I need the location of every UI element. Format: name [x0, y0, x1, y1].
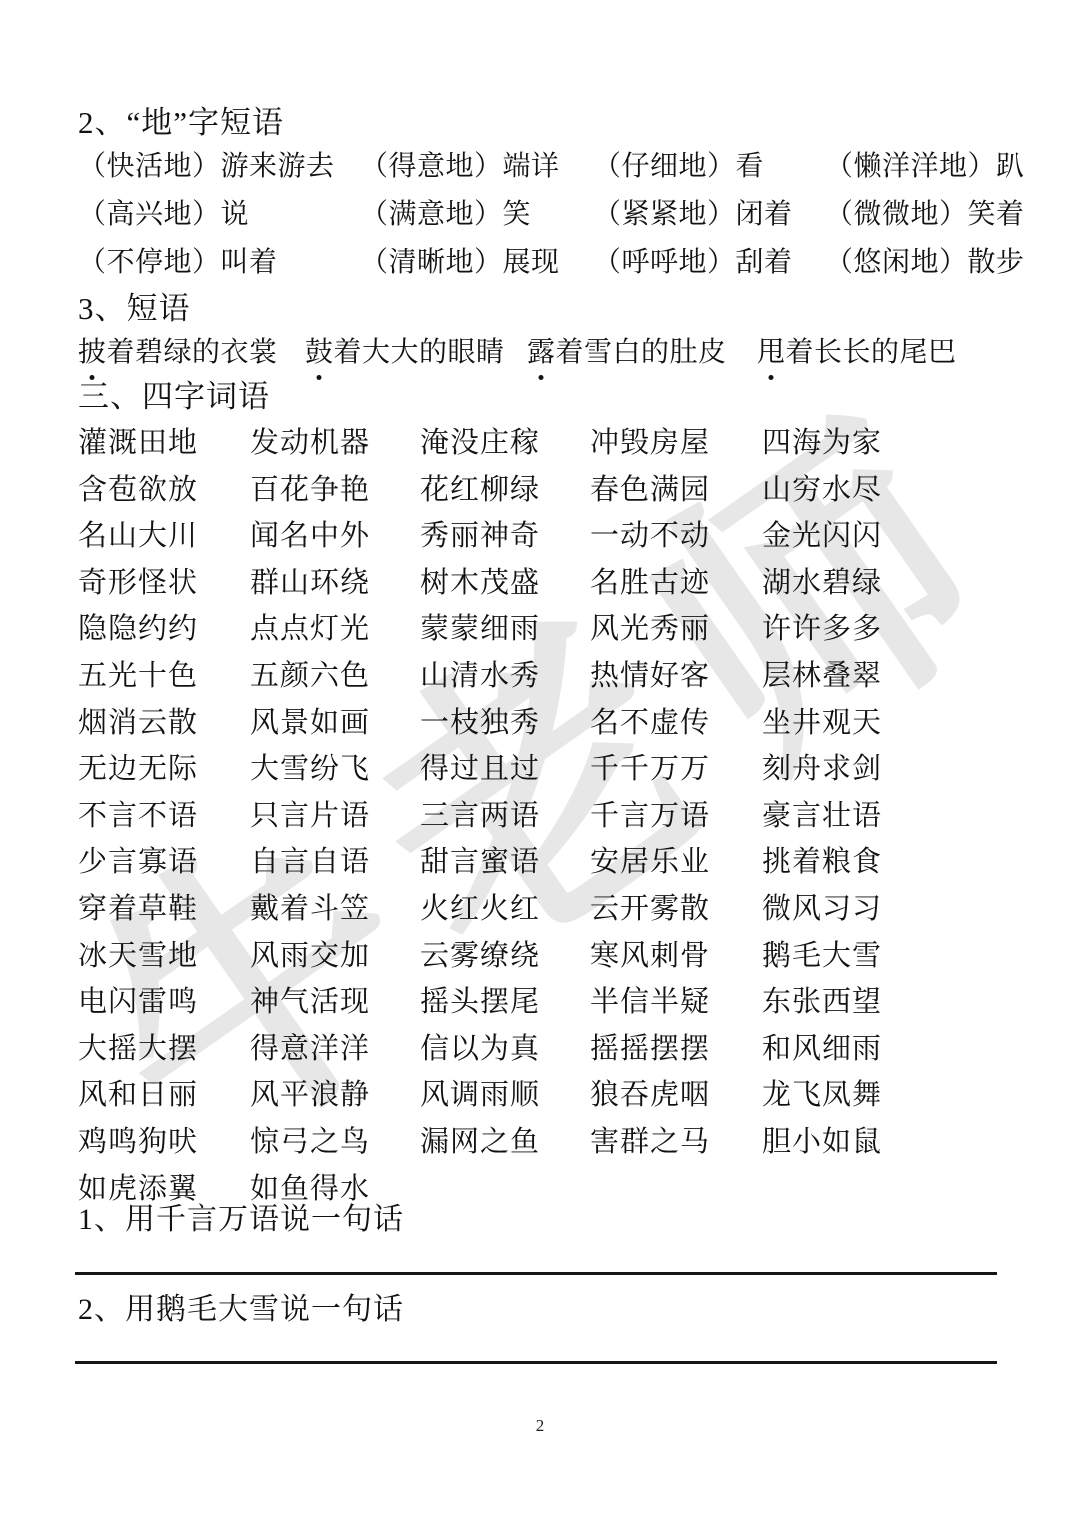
word-cell: 风景如画: [250, 708, 370, 740]
word-cell: 层林叠翠: [762, 661, 882, 693]
word-cell: 金光闪闪: [762, 521, 882, 553]
section-fourchar-heading: 三、四字词语: [78, 380, 270, 414]
word-cell: 挑着粮食: [762, 847, 882, 879]
de-phrase: （不停地）叫着: [78, 248, 278, 279]
word-cell: 名山大川: [78, 521, 198, 553]
word-cell: 秀丽神奇: [420, 521, 540, 553]
de-phrase: （清晰地）展现: [360, 248, 560, 279]
emphasis-dot-char: 披: [78, 338, 107, 369]
section-de-heading: 2、“地”字短语: [78, 106, 284, 140]
word-cell: 坐井观天: [762, 708, 882, 740]
word-cell: 烟消云散: [78, 708, 198, 740]
de-phrase: （紧紧地）闭着: [593, 200, 793, 231]
word-cell: 摇头摆尾: [420, 987, 540, 1019]
word-cell: 一动不动: [590, 521, 710, 553]
word-cell: 点点灯光: [250, 614, 370, 646]
word-cell: 含苞欲放: [78, 475, 198, 507]
word-cell: 得意洋洋: [250, 1034, 370, 1066]
word-cell: 一枝独秀: [420, 708, 540, 740]
word-cell: 隐隐约约: [78, 614, 198, 646]
emphasis-dot-char: 甩: [757, 338, 786, 369]
word-cell: 春色满园: [590, 475, 710, 507]
exercise-2-label: 2、用鹅毛大雪说一句话: [78, 1293, 404, 1326]
word-cell: 戴着斗笠: [250, 894, 370, 926]
word-cell: 名胜古迹: [590, 568, 710, 600]
word-cell: 鸡鸣狗吠: [78, 1127, 198, 1159]
word-cell: 惊弓之鸟: [250, 1127, 370, 1159]
word-cell: 闻名中外: [250, 521, 370, 553]
word-cell: 奇形怪状: [78, 568, 198, 600]
de-phrase: （仔细地）看: [593, 152, 764, 183]
word-cell: 摇摇摆摆: [590, 1034, 710, 1066]
word-cell: 信以为真: [420, 1034, 540, 1066]
exercise-1-label: 1、用千言万语说一句话: [78, 1203, 404, 1236]
word-cell: 漏网之鱼: [420, 1127, 540, 1159]
word-cell: 群山环绕: [250, 568, 370, 600]
section-phrases-heading: 3、短语: [78, 292, 191, 326]
emphasis-dot-char: 鼓: [305, 338, 334, 369]
word-cell: 不言不语: [78, 801, 198, 833]
word-cell: 龙飞凤舞: [762, 1080, 882, 1112]
word-cell: 树木茂盛: [420, 568, 540, 600]
word-cell: 山清水秀: [420, 661, 540, 693]
word-cell: 四海为家: [762, 428, 882, 460]
worksheet-page: 牛老师 2、“地”字短语 （快活地）游来游去（得意地）端详（仔细地）看（懒洋洋地…: [0, 0, 1080, 1527]
de-phrase: （快活地）游来游去: [78, 152, 335, 183]
word-cell: 许许多多: [762, 614, 882, 646]
word-cell: 大雪纷飞: [250, 754, 370, 786]
word-cell: 发动机器: [250, 428, 370, 460]
answer-line-1: [75, 1272, 997, 1275]
word-cell: 淹没庄稼: [420, 428, 540, 460]
word-cell: 千言万语: [590, 801, 710, 833]
word-cell: 得过且过: [420, 754, 540, 786]
word-cell: 鹅毛大雪: [762, 941, 882, 973]
word-cell: 风和日丽: [78, 1080, 198, 1112]
word-cell: 东张西望: [762, 987, 882, 1019]
word-cell: 百花争艳: [250, 475, 370, 507]
word-cell: 冰天雪地: [78, 941, 198, 973]
word-cell: 神气活现: [250, 987, 370, 1019]
word-cell: 甜言蜜语: [420, 847, 540, 879]
word-cell: 刻舟求剑: [762, 754, 882, 786]
de-phrase: （满意地）笑: [360, 200, 531, 231]
dotted-phrase: 露着雪白的肚皮: [527, 338, 727, 369]
word-cell: 半信半疑: [590, 987, 710, 1019]
word-cell: 花红柳绿: [420, 475, 540, 507]
word-cell: 三言两语: [420, 801, 540, 833]
word-cell: 自言自语: [250, 847, 370, 879]
word-cell: 胆小如鼠: [762, 1127, 882, 1159]
word-cell: 狼吞虎咽: [590, 1080, 710, 1112]
page-content: 2、“地”字短语 （快活地）游来游去（得意地）端详（仔细地）看（懒洋洋地）趴（高…: [0, 0, 1080, 1527]
dotted-phrase: 甩着长长的尾巴: [757, 338, 957, 369]
word-cell: 山穷水尽: [762, 475, 882, 507]
word-cell: 灌溉田地: [78, 428, 198, 460]
word-cell: 安居乐业: [590, 847, 710, 879]
word-cell: 风光秀丽: [590, 614, 710, 646]
word-cell: 云雾缭绕: [420, 941, 540, 973]
word-cell: 五光十色: [78, 661, 198, 693]
de-phrase: （高兴地）说: [78, 200, 249, 231]
word-cell: 穿着草鞋: [78, 894, 198, 926]
word-cell: 云开雾散: [590, 894, 710, 926]
word-cell: 火红火红: [420, 894, 540, 926]
word-cell: 蒙蒙细雨: [420, 614, 540, 646]
word-cell: 五颜六色: [250, 661, 370, 693]
word-cell: 无边无际: [78, 754, 198, 786]
de-phrase: （微微地）笑着: [825, 200, 1025, 231]
de-phrase: （得意地）端详: [360, 152, 560, 183]
de-phrase: （懒洋洋地）趴: [825, 152, 1025, 183]
word-cell: 风雨交加: [250, 941, 370, 973]
word-cell: 如鱼得水: [250, 1174, 370, 1206]
word-cell: 热情好客: [590, 661, 710, 693]
word-cell: 如虎添翼: [78, 1174, 198, 1206]
word-cell: 害群之马: [590, 1127, 710, 1159]
word-cell: 名不虚传: [590, 708, 710, 740]
word-cell: 千千万万: [590, 754, 710, 786]
word-cell: 大摇大摆: [78, 1034, 198, 1066]
word-cell: 冲毁房屋: [590, 428, 710, 460]
dotted-phrase: 鼓着大大的眼睛: [305, 338, 505, 369]
emphasis-dot-char: 露: [527, 338, 556, 369]
word-cell: 豪言壮语: [762, 801, 882, 833]
word-cell: 电闪雷鸣: [78, 987, 198, 1019]
word-cell: 风平浪静: [250, 1080, 370, 1112]
word-cell: 湖水碧绿: [762, 568, 882, 600]
word-cell: 风调雨顺: [420, 1080, 540, 1112]
answer-line-2: [75, 1361, 997, 1364]
de-phrase: （悠闲地）散步: [825, 248, 1025, 279]
word-cell: 只言片语: [250, 801, 370, 833]
word-cell: 寒风刺骨: [590, 941, 710, 973]
word-cell: 少言寡语: [78, 847, 198, 879]
de-phrase: （呼呼地）刮着: [593, 248, 793, 279]
dotted-phrase: 披着碧绿的衣裳: [78, 338, 278, 369]
word-cell: 微风习习: [762, 894, 882, 926]
page-number: 2: [0, 1416, 1080, 1436]
word-cell: 和风细雨: [762, 1034, 882, 1066]
